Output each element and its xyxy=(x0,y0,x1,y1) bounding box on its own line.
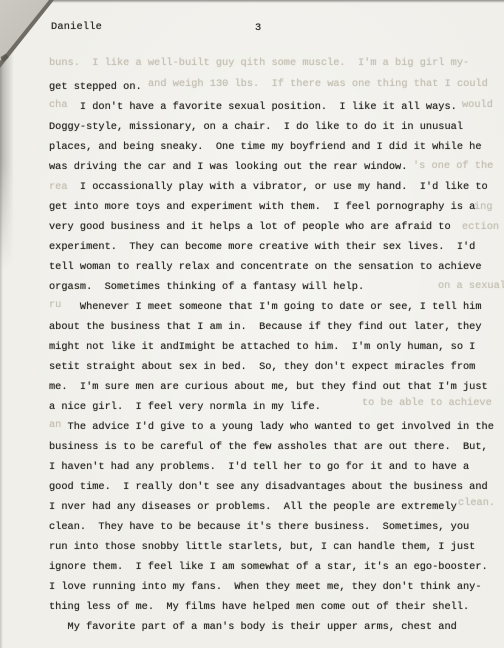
body-text-line: run into those snobby little starlets, b… xyxy=(49,537,504,557)
body-text-line: about the business that I am in. Because… xyxy=(49,317,504,337)
body-text-line: tell woman to really relax and concentra… xyxy=(49,257,504,277)
body-text-line: I love running into my fans. When they m… xyxy=(49,577,504,597)
body-text-line: thing less of me. My films have helped m… xyxy=(49,597,504,617)
body-text-line: get stepped on. xyxy=(49,77,504,97)
body-text-line: I haven't had any problems. I'd tell her… xyxy=(49,457,504,477)
body-text-line: a nice girl. I feel very normla in my li… xyxy=(49,397,504,417)
bleed-through-fragment: buns. I like a well-built guy qith some … xyxy=(49,57,469,69)
body-text: get stepped on. I don't have a favorite … xyxy=(49,77,504,637)
body-text-line: get into more toys and experiment with t… xyxy=(49,197,504,217)
body-text-line: me. I'm sure men are curious about me, b… xyxy=(49,377,504,397)
body-text-line: setit straight about sex in bed. So, the… xyxy=(49,357,504,377)
body-text-line: My favorite part of a man's body is thei… xyxy=(49,617,504,637)
body-text-line: The advice I'd give to a young lady who … xyxy=(49,417,504,437)
body-text-line: experiment. They can become more creativ… xyxy=(49,237,504,257)
body-text-line: ignore them. I feel like I am somewhat o… xyxy=(49,557,504,577)
body-text-line: I occassionally play with a vibrator, or… xyxy=(49,177,504,197)
body-text-line: orgasm. Sometimes thinking of a fantasy … xyxy=(49,277,504,297)
body-text-line: I don't have a favorite sexual position.… xyxy=(49,97,504,117)
body-text-line: clean. They have to be because it's ther… xyxy=(49,517,504,537)
body-text-line: I nver had any diseases or problems. All… xyxy=(49,497,504,517)
body-text-line: very good business and it helps a lot of… xyxy=(49,217,504,237)
body-text-line: business is to be careful of the few ass… xyxy=(49,437,504,457)
body-text-line: Whenever I meet someone that I'm going t… xyxy=(49,297,504,317)
body-text-line: good time. I really don't see any disadv… xyxy=(49,477,504,497)
body-text-line: was driving the car and I was looking ou… xyxy=(49,157,504,177)
body-text-line: places, and being sneaky. One time my bo… xyxy=(49,137,504,157)
body-text-line: might not like it andImight be attached … xyxy=(49,337,504,357)
body-text-line: Doggy-style, missionary, on a chair. I d… xyxy=(49,117,504,137)
typewritten-page-scan: Danielle 3 buns. I like a well-built guy… xyxy=(0,0,504,648)
